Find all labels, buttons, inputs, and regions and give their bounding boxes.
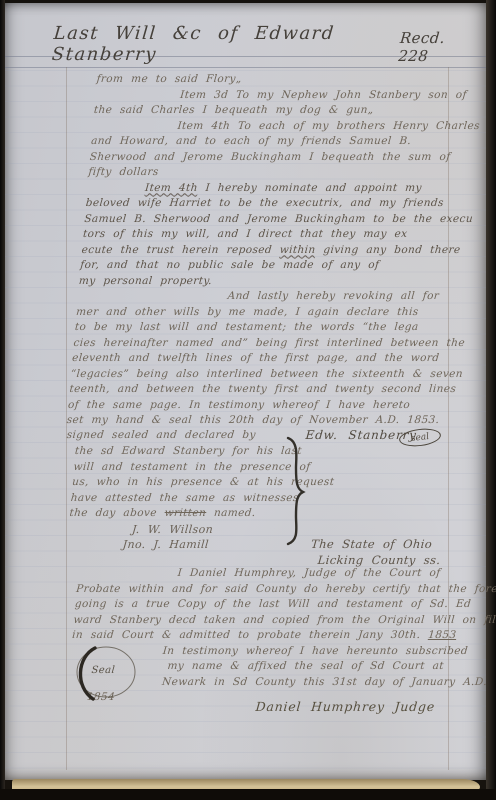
body-line: Sherwood and Jerome Buckingham I bequeat… (89, 150, 474, 166)
body-line: set my hand & seal this 20th day of Nove… (66, 413, 451, 429)
body-line: my personal property. (78, 274, 463, 290)
struck-word: written (164, 507, 207, 519)
body-line: and Howard, and to each of my friends Sa… (90, 134, 475, 150)
page-title: Last Will &c of Edward Stanberry (51, 23, 401, 65)
body-line: And lastly hereby revoking all for (77, 289, 462, 305)
body-line: Item 3d To my Nephew John Stanbery son o… (94, 88, 479, 104)
ledger-paper: Last Will &c of Edward Stanberry Recd. 2… (5, 3, 486, 780)
witness-signature: J. W. Willson (67, 522, 303, 538)
signing-clause-text: signed sealed and declared by (66, 428, 256, 444)
body-line: to be my last will and testament; the wo… (74, 320, 459, 336)
scan-edge-bottom (0, 789, 496, 800)
bond-post: giving any bond there (315, 244, 461, 256)
day-post: named. (206, 507, 256, 519)
judge-signature: Daniel Humphrey Judge (255, 699, 436, 714)
scan-edge-right (486, 0, 496, 800)
body-line: cies hereinafter named and” being first … (73, 336, 458, 352)
body-line-item5: Item 4th I hereby nominate and appoint m… (86, 181, 471, 197)
attestation-block: the sd Edward Stanbery for his last will… (66, 444, 310, 553)
testator-seal-label: seal (410, 431, 429, 443)
certificate-line: Probate within and for said County do he… (75, 582, 464, 598)
day-pre: the day above (69, 507, 165, 519)
item-text: I hereby nominate and appoint my (197, 182, 422, 194)
body-line-bond: ecute the trust herein reposed within gi… (81, 243, 466, 259)
attestation-line: will and testament in the presence of (73, 460, 309, 476)
state-line: The State of Ohio (310, 536, 442, 552)
body-line: of the same page. In testimony whereof I… (67, 398, 452, 414)
item-heading: Item 4th (145, 182, 199, 194)
will-body: from me to said Flory„ Item 3d To my Nep… (66, 72, 481, 429)
body-line: the said Charles I bequeath my dog & gun… (93, 103, 478, 119)
body-line: teenth, and between the twenty first and… (69, 382, 454, 398)
probate-date: 1853 (428, 629, 457, 641)
header-rule-bottom (5, 67, 486, 68)
court-seal-icon: Seal (73, 645, 139, 703)
court-seal-label: Seal (91, 665, 115, 676)
certificate-line: I Daniel Humphrey, Judge of the Court of (77, 566, 466, 582)
brace-icon (284, 436, 308, 546)
scanned-will-page: Last Will &c of Edward Stanberry Recd. 2… (0, 0, 496, 800)
body-line: eleventh and twelfth lines of the first … (71, 351, 456, 367)
probate-pre: in said Court & admitted to probate ther… (72, 629, 429, 641)
body-line: Item 4th To each of my brothers Henry Ch… (92, 119, 477, 135)
attestation-line: have attested the same as witnesses (70, 491, 306, 507)
attestation-line: us, who in his presence & at his request (71, 475, 307, 491)
page-header: Last Will &c of Edward Stanberry Recd. 2… (51, 23, 474, 65)
body-line: beloved wife Harriet to be the executrix… (85, 196, 470, 212)
certificate-line: ward Stanbery decd taken and copied from… (73, 613, 462, 629)
attestation-day-line: the day above written named. (69, 506, 305, 522)
body-line: from me to said Flory„ (96, 72, 481, 88)
certificate-line: going is a true Copy of the last Will an… (74, 597, 463, 613)
signing-clause: signed sealed and declared by (66, 428, 256, 444)
body-line: Samuel B. Sherwood and Jerome Buckingham… (84, 212, 469, 228)
bond-pre: ecute the trust herein reposed (81, 244, 280, 256)
body-line: “legacies” being also interlined between… (70, 367, 455, 383)
body-line: tors of this my will, and I direct that … (82, 227, 467, 243)
venue-block: The State of Ohio Licking County ss. (309, 536, 443, 568)
body-line: for, and that no public sale be made of … (80, 258, 465, 274)
bond-marked-word: within (279, 244, 316, 256)
attestation-line: the sd Edward Stanbery for his last (74, 444, 310, 460)
certificate-probate-line: in said Court & admitted to probate ther… (71, 628, 460, 644)
page-number: Recd. 228 (398, 29, 474, 65)
body-line: fifty dollars (88, 165, 473, 181)
witness-signature: Jno. J. Hamill (66, 537, 302, 553)
body-line: mer and other wills by me made, I again … (75, 305, 460, 321)
